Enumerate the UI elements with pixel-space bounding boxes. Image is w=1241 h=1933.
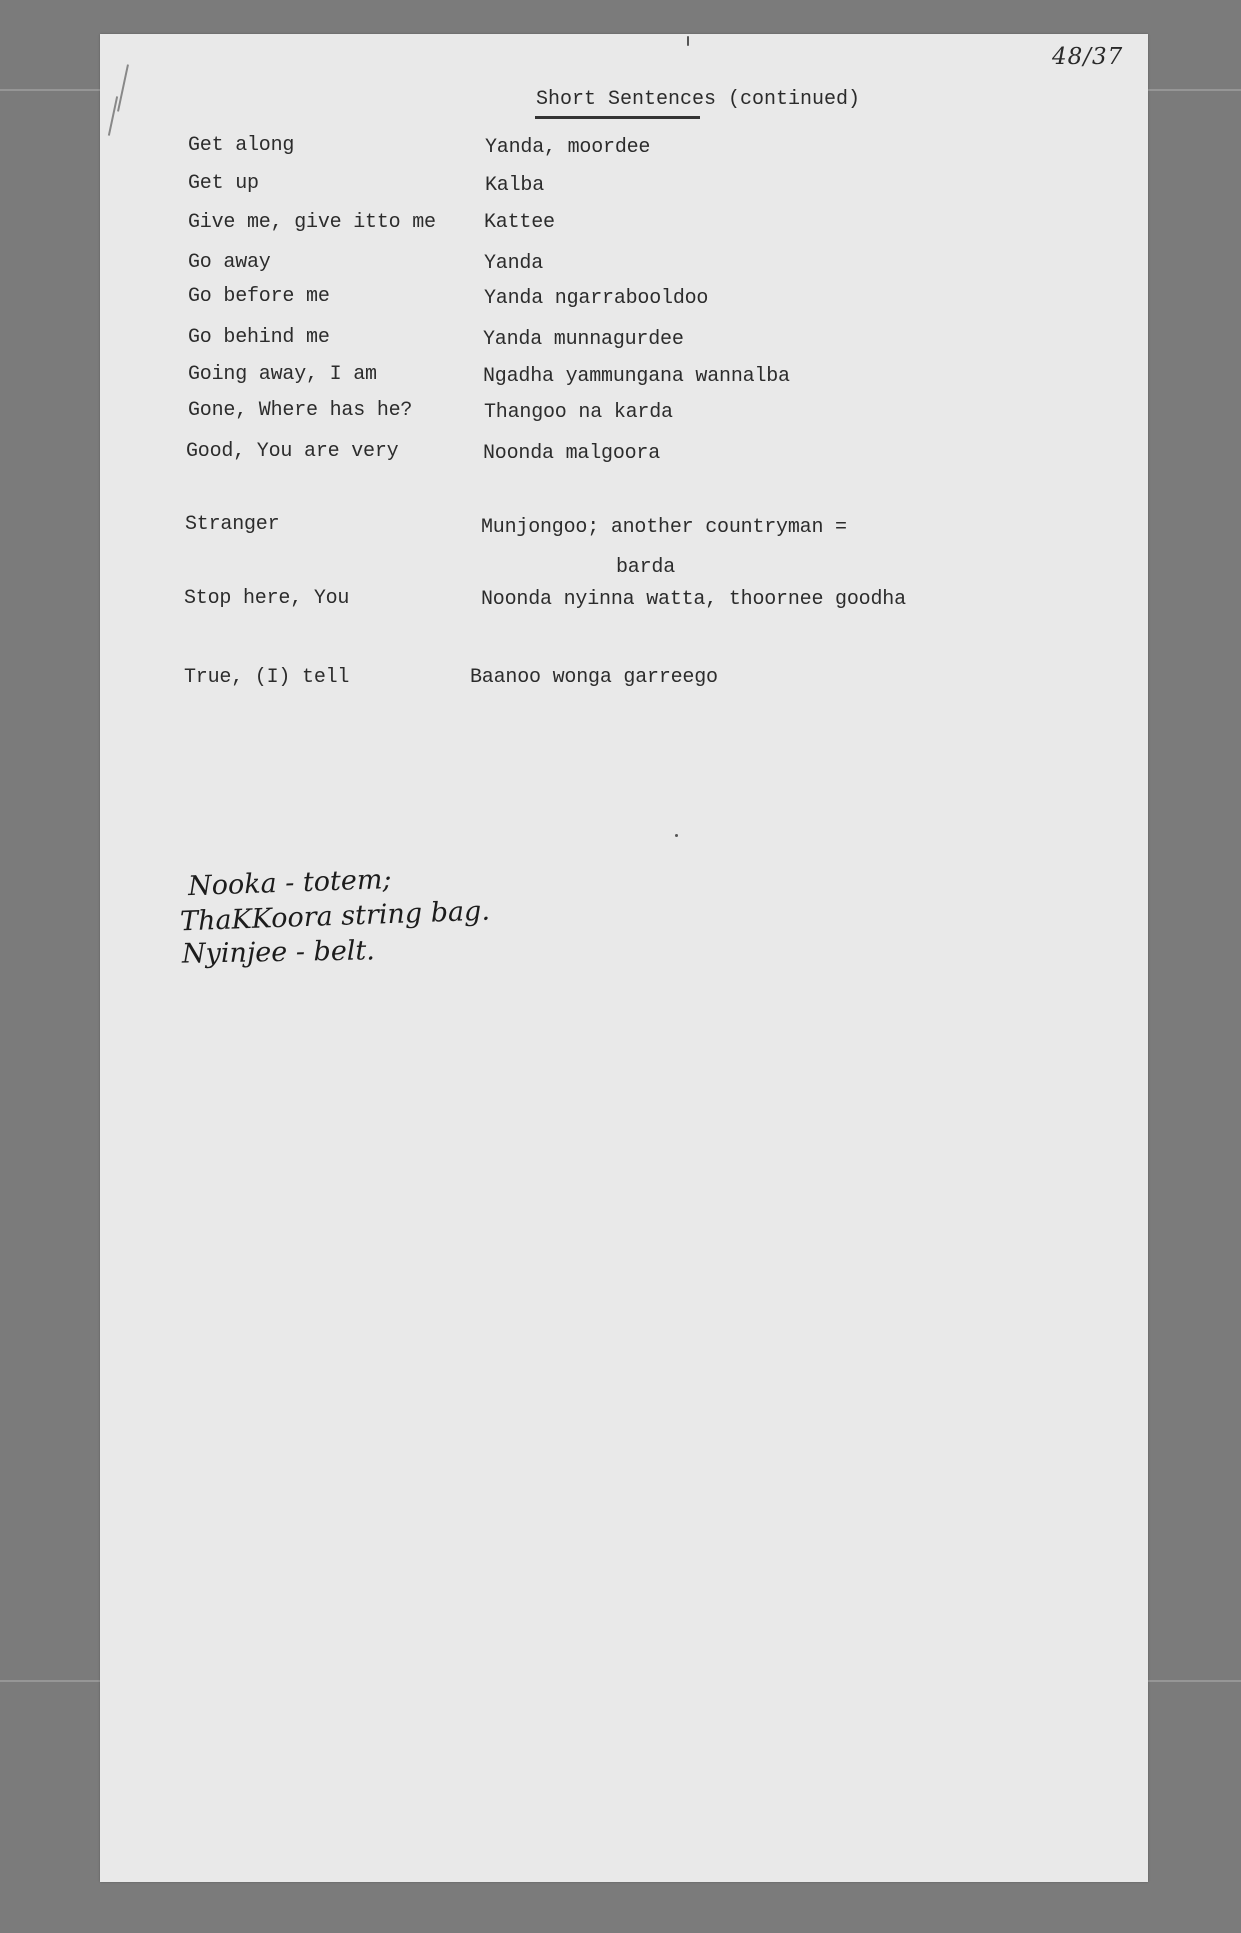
- entry-aboriginal: Yanda: [484, 252, 543, 275]
- entry-english: Give me, give itto me: [188, 211, 436, 234]
- entry-aboriginal: Ngadha yammungana wannalba: [483, 365, 790, 388]
- handwritten-note: Nyinjee - belt.: [180, 931, 491, 971]
- entry-aboriginal-continued: barda: [616, 556, 675, 579]
- page-number: 48/37: [1052, 44, 1123, 70]
- entry-english: Good, You are very: [186, 440, 398, 463]
- entry-aboriginal: Yanda, moordee: [485, 136, 650, 159]
- entry-aboriginal: Kalba: [485, 174, 544, 197]
- pencil-mark: [108, 96, 118, 136]
- entry-aboriginal: Munjongoo; another countryman =: [481, 516, 847, 539]
- entry-english: Gone, Where has he?: [188, 399, 412, 422]
- title-underline: [535, 116, 700, 119]
- speck: [687, 36, 689, 46]
- speck: [675, 834, 678, 837]
- handwritten-notes: Nooka - totem; ThaKKoora string bag. Nyi…: [180, 864, 490, 969]
- entry-aboriginal: Noonda malgoora: [483, 442, 660, 465]
- entry-aboriginal: Noonda nyinna watta, thoornee goodha: [481, 588, 906, 611]
- entry-english: Stranger: [185, 513, 279, 536]
- entry-english: Go away: [188, 251, 271, 274]
- page-title: Short Sentences (continued): [536, 88, 860, 111]
- entry-english: Go behind me: [188, 326, 330, 349]
- entry-english: Get up: [188, 172, 259, 195]
- entry-aboriginal: Thangoo na karda: [484, 401, 673, 424]
- entry-aboriginal: Kattee: [484, 211, 555, 234]
- entry-english: Stop here, You: [184, 587, 349, 610]
- entry-english: Go before me: [188, 285, 330, 308]
- document-page: 48/37 Short Sentences (continued) Get al…: [100, 34, 1148, 1882]
- entry-english: Get along: [188, 134, 294, 157]
- entry-english: Going away, I am: [188, 363, 377, 386]
- pencil-mark: [117, 64, 129, 111]
- entry-aboriginal: Yanda ngarrabooldoo: [484, 287, 708, 310]
- entry-english: True, (I) tell: [184, 666, 349, 689]
- entry-aboriginal: Baanoo wonga garreego: [470, 666, 718, 689]
- entry-aboriginal: Yanda munnagurdee: [483, 328, 684, 351]
